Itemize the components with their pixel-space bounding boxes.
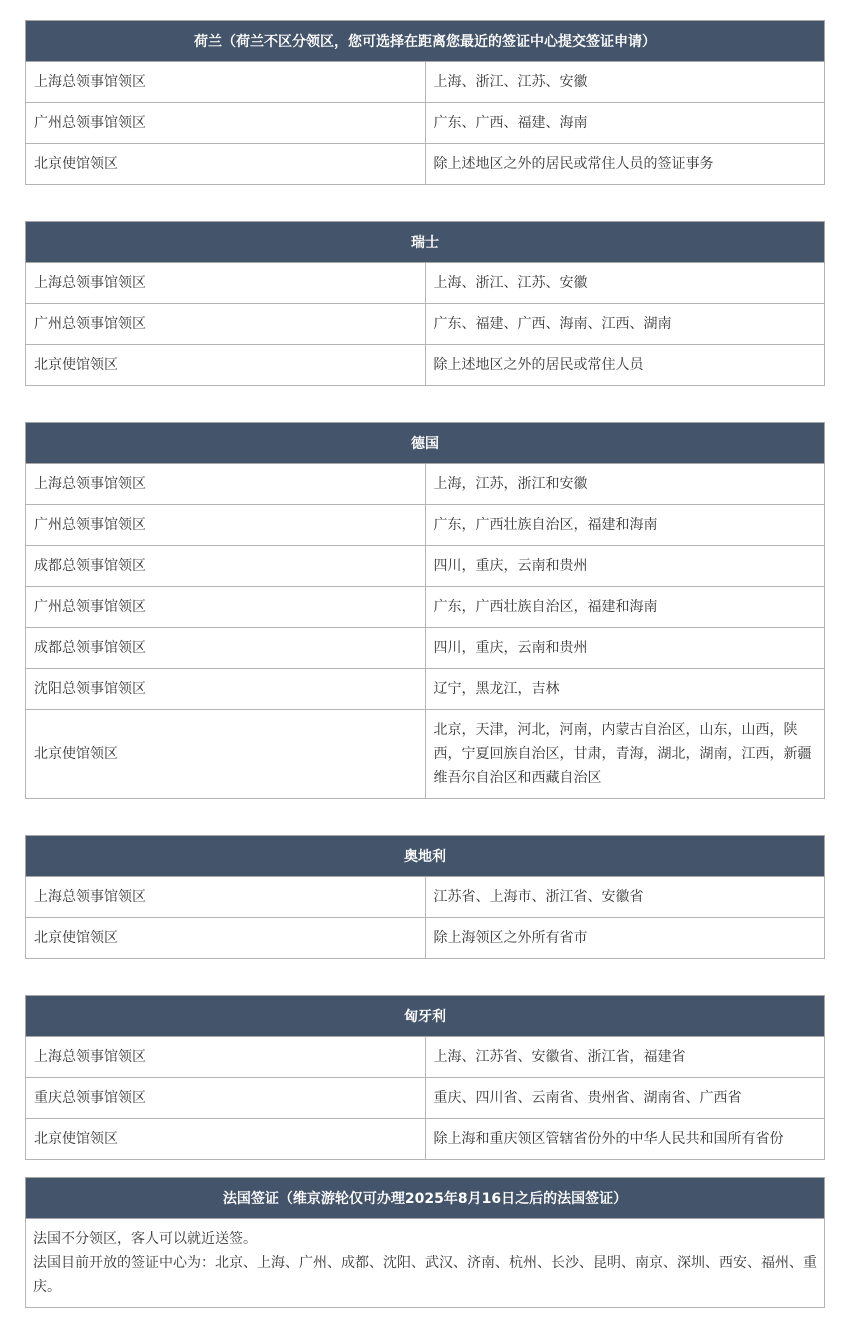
regions-cell: 广东、广西、福建、海南 [425,103,825,144]
table-title: 德国 [26,423,825,464]
table-title: 奥地利 [26,836,825,877]
district-cell: 广州总领事馆领区 [26,587,426,628]
district-cell: 北京使馆领区 [26,144,426,185]
regions-cell: 上海，江苏，浙江和安徽 [425,464,825,505]
regions-cell: 江苏省、上海市、浙江省、安徽省 [425,877,825,918]
germany-table: 德国 上海总领事馆领区 上海，江苏，浙江和安徽 广州总领事馆领区 广东，广西壮族… [25,422,825,799]
netherlands-table: 荷兰（荷兰不区分领区，您可选择在距离您最近的签证中心提交签证申请） 上海总领事馆… [25,20,825,185]
district-cell: 成都总领事馆领区 [26,546,426,587]
table-title: 荷兰（荷兰不区分领区，您可选择在距离您最近的签证中心提交签证申请） [26,21,825,62]
table-row: 北京使馆领区 北京，天津，河北，河南，内蒙古自治区，山东，山西，陕西，宁夏回族自… [26,710,825,799]
regions-cell: 广东，广西壮族自治区，福建和海南 [425,587,825,628]
district-cell: 北京使馆领区 [26,918,426,959]
district-cell: 广州总领事馆领区 [26,304,426,345]
table-row: 广州总领事馆领区 广东、福建、广西、海南、江西、湖南 [26,304,825,345]
district-cell: 北京使馆领区 [26,1119,426,1160]
table-row: 上海总领事馆领区 上海、浙江、江苏、安徽 [26,62,825,103]
france-note-line1: 法国不分领区，客人可以就近送签。 [33,1227,817,1251]
table-row: 上海总领事馆领区 上海，江苏，浙江和安徽 [26,464,825,505]
hungary-table: 匈牙利 上海总领事馆领区 上海、江苏省、安徽省、浙江省，福建省 重庆总领事馆领区… [25,995,825,1160]
table-row: 北京使馆领区 除上海和重庆领区管辖省份外的中华人民共和国所有省份 [26,1119,825,1160]
regions-cell: 除上述地区之外的居民或常住人员 [425,345,825,386]
table-row: 上海总领事馆领区 上海、浙江、江苏、安徽 [26,263,825,304]
table-row: 沈阳总领事馆领区 辽宁，黑龙江，吉林 [26,669,825,710]
table-row: 法国不分领区，客人可以就近送签。 法国目前开放的签证中心为：北京、上海、广州、成… [26,1219,825,1308]
regions-cell: 上海、浙江、江苏、安徽 [425,62,825,103]
district-cell: 上海总领事馆领区 [26,62,426,103]
district-cell: 广州总领事馆领区 [26,505,426,546]
table-title: 瑞士 [26,222,825,263]
regions-cell: 上海、浙江、江苏、安徽 [425,263,825,304]
district-cell: 重庆总领事馆领区 [26,1078,426,1119]
regions-cell: 重庆、四川省、云南省、贵州省、湖南省、广西省 [425,1078,825,1119]
table-row: 广州总领事馆领区 广东，广西壮族自治区，福建和海南 [26,587,825,628]
table-row: 成都总领事馆领区 四川，重庆，云南和贵州 [26,546,825,587]
france-table: 法国签证（维京游轮仅可办理2025年8月16日之后的法国签证） 法国不分领区，客… [25,1177,825,1308]
visa-district-document: 荷兰（荷兰不区分领区，您可选择在距离您最近的签证中心提交签证申请） 上海总领事馆… [0,0,847,1308]
table-row: 重庆总领事馆领区 重庆、四川省、云南省、贵州省、湖南省、广西省 [26,1078,825,1119]
regions-cell: 广东，广西壮族自治区，福建和海南 [425,505,825,546]
regions-cell: 四川，重庆，云南和贵州 [425,546,825,587]
district-cell: 广州总领事馆领区 [26,103,426,144]
regions-cell: 除上述地区之外的居民或常住人员的签证事务 [425,144,825,185]
district-cell: 成都总领事馆领区 [26,628,426,669]
regions-cell: 辽宁，黑龙江，吉林 [425,669,825,710]
table-row: 成都总领事馆领区 四川，重庆，云南和贵州 [26,628,825,669]
table-row: 广州总领事馆领区 广东，广西壮族自治区，福建和海南 [26,505,825,546]
district-cell: 北京使馆领区 [26,710,426,799]
switzerland-table: 瑞士 上海总领事馆领区 上海、浙江、江苏、安徽 广州总领事馆领区 广东、福建、广… [25,221,825,386]
district-cell: 上海总领事馆领区 [26,1037,426,1078]
table-row: 上海总领事馆领区 上海、江苏省、安徽省、浙江省，福建省 [26,1037,825,1078]
table-row: 北京使馆领区 除上海领区之外所有省市 [26,918,825,959]
table-row: 上海总领事馆领区 江苏省、上海市、浙江省、安徽省 [26,877,825,918]
table-row: 广州总领事馆领区 广东、广西、福建、海南 [26,103,825,144]
district-cell: 上海总领事馆领区 [26,263,426,304]
table-row: 北京使馆领区 除上述地区之外的居民或常住人员的签证事务 [26,144,825,185]
regions-cell: 四川，重庆，云南和贵州 [425,628,825,669]
regions-cell: 除上海领区之外所有省市 [425,918,825,959]
regions-cell: 广东、福建、广西、海南、江西、湖南 [425,304,825,345]
district-cell: 上海总领事馆领区 [26,464,426,505]
austria-table: 奥地利 上海总领事馆领区 江苏省、上海市、浙江省、安徽省 北京使馆领区 除上海领… [25,835,825,959]
table-row: 北京使馆领区 除上述地区之外的居民或常住人员 [26,345,825,386]
district-cell: 上海总领事馆领区 [26,877,426,918]
france-note-cell: 法国不分领区，客人可以就近送签。 法国目前开放的签证中心为：北京、上海、广州、成… [26,1219,825,1308]
district-cell: 北京使馆领区 [26,345,426,386]
district-cell: 沈阳总领事馆领区 [26,669,426,710]
regions-cell: 除上海和重庆领区管辖省份外的中华人民共和国所有省份 [425,1119,825,1160]
regions-cell: 北京，天津，河北，河南，内蒙古自治区，山东，山西，陕西，宁夏回族自治区，甘肃，青… [425,710,825,799]
regions-cell: 上海、江苏省、安徽省、浙江省，福建省 [425,1037,825,1078]
table-title: 匈牙利 [26,996,825,1037]
france-note-line2: 法国目前开放的签证中心为：北京、上海、广州、成都、沈阳、武汉、济南、杭州、长沙、… [33,1251,817,1299]
table-title: 法国签证（维京游轮仅可办理2025年8月16日之后的法国签证） [26,1178,825,1219]
